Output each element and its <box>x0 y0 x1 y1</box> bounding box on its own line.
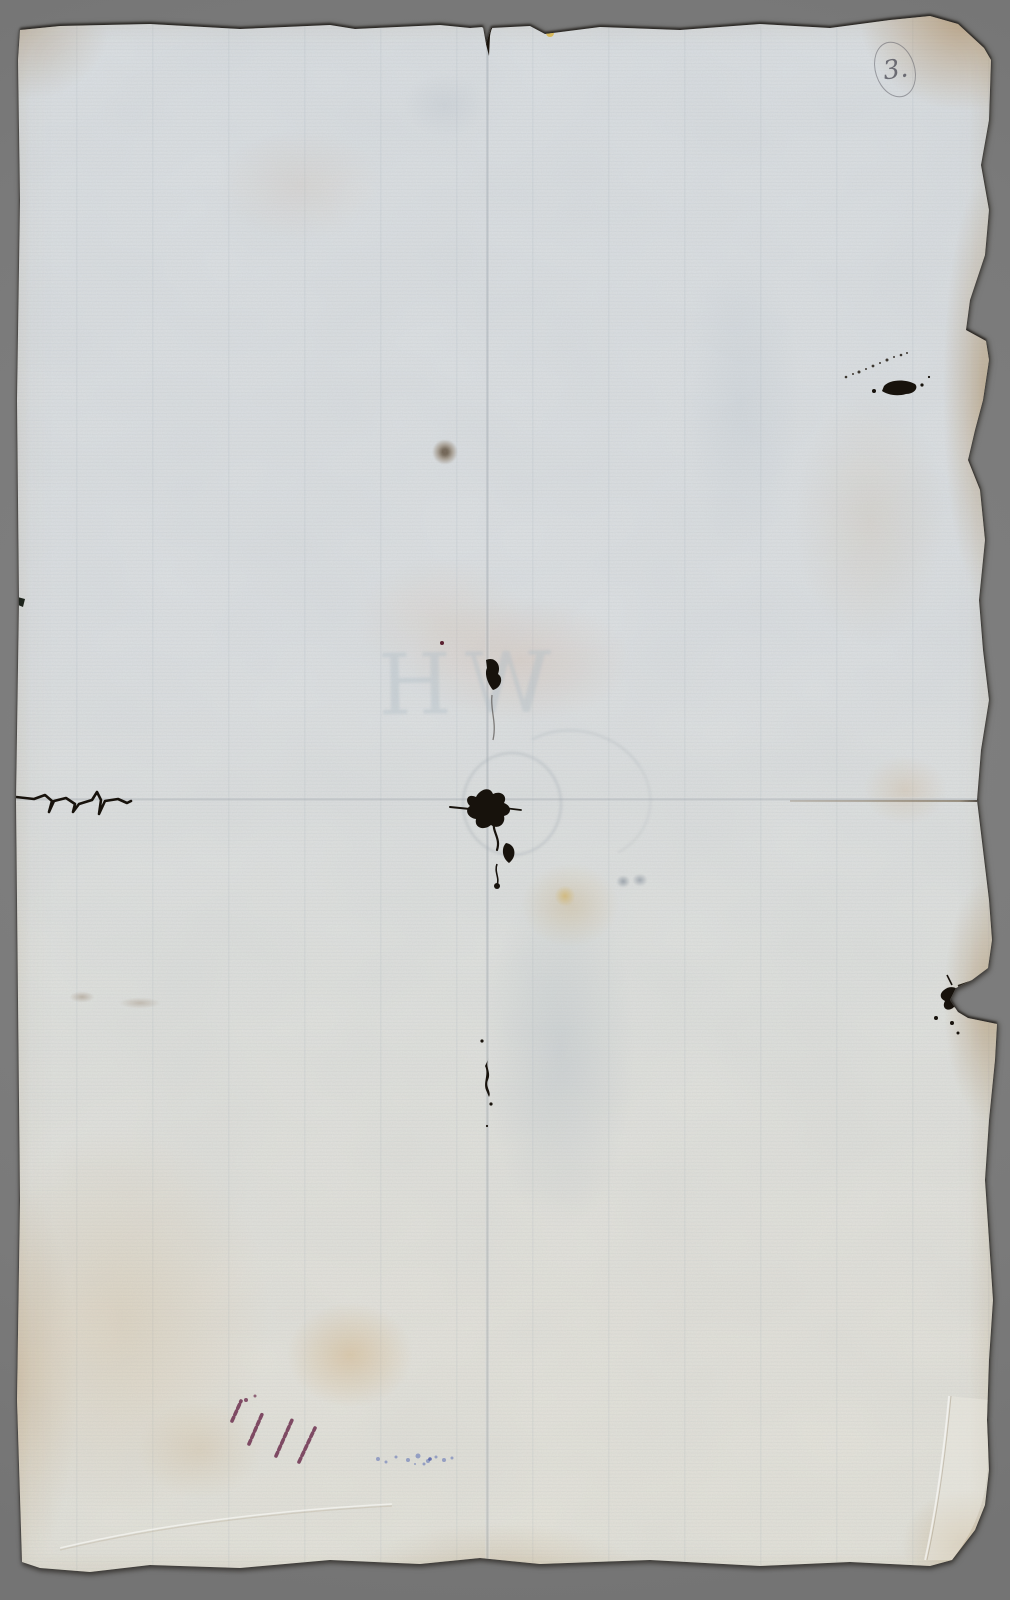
yellow-stain-spot <box>554 886 576 906</box>
top-edge-yellow-speck <box>546 29 554 37</box>
gray-blue-smudge <box>610 866 654 894</box>
purple-dot2 <box>254 1395 257 1398</box>
fold-ink-drip2 <box>496 864 498 885</box>
paper-sheet: WH <box>0 0 1010 1600</box>
page-number-annotation: 3. <box>867 36 923 103</box>
horizontal-crease-right-stain <box>790 800 978 802</box>
right-blot-dot1 <box>872 389 876 393</box>
blue-dark-dot <box>428 1457 432 1461</box>
corner-fold-area <box>925 1396 989 1560</box>
scan-background: WH <box>0 0 1010 1600</box>
bottom-left-crease-dark <box>60 1506 392 1550</box>
right-ink-blot <box>882 380 916 395</box>
bite-dot3 <box>957 1032 960 1035</box>
page-number-text: 3. <box>881 53 910 86</box>
crease-crack-left <box>16 792 131 814</box>
bite-stroke <box>947 975 952 985</box>
fold-ink-dot <box>494 883 500 889</box>
watermark-text: WH <box>363 633 552 734</box>
right-blot-dot2 <box>920 383 923 386</box>
bite-edge-shade <box>958 977 985 986</box>
brown-spot <box>432 440 458 464</box>
bite-dot2 <box>950 1021 954 1025</box>
blue-offset-smudge <box>376 1454 454 1466</box>
top-edge-dark-dot2 <box>362 24 364 26</box>
top-edge-yellow-speck2 <box>556 28 560 32</box>
right-blot-dot3 <box>928 376 930 378</box>
corner-fold-crease-light <box>925 1396 949 1560</box>
bottom-left-crease-light <box>60 1504 392 1548</box>
purple-dot1 <box>244 1398 248 1402</box>
watermark-letters: WH <box>357 626 559 741</box>
purple-offset-marks <box>232 1401 315 1462</box>
corner-fold-crease-dark <box>927 1396 951 1560</box>
top-edge-dark-dot1 <box>351 26 353 28</box>
paper-shadow: WH <box>0 0 1010 1600</box>
right-dotted-trail <box>845 352 908 378</box>
fold-dot-a <box>480 1039 483 1042</box>
bite-dot1 <box>934 1016 938 1020</box>
bite-ink-star <box>941 987 969 1010</box>
left-edge-mark <box>13 596 25 607</box>
